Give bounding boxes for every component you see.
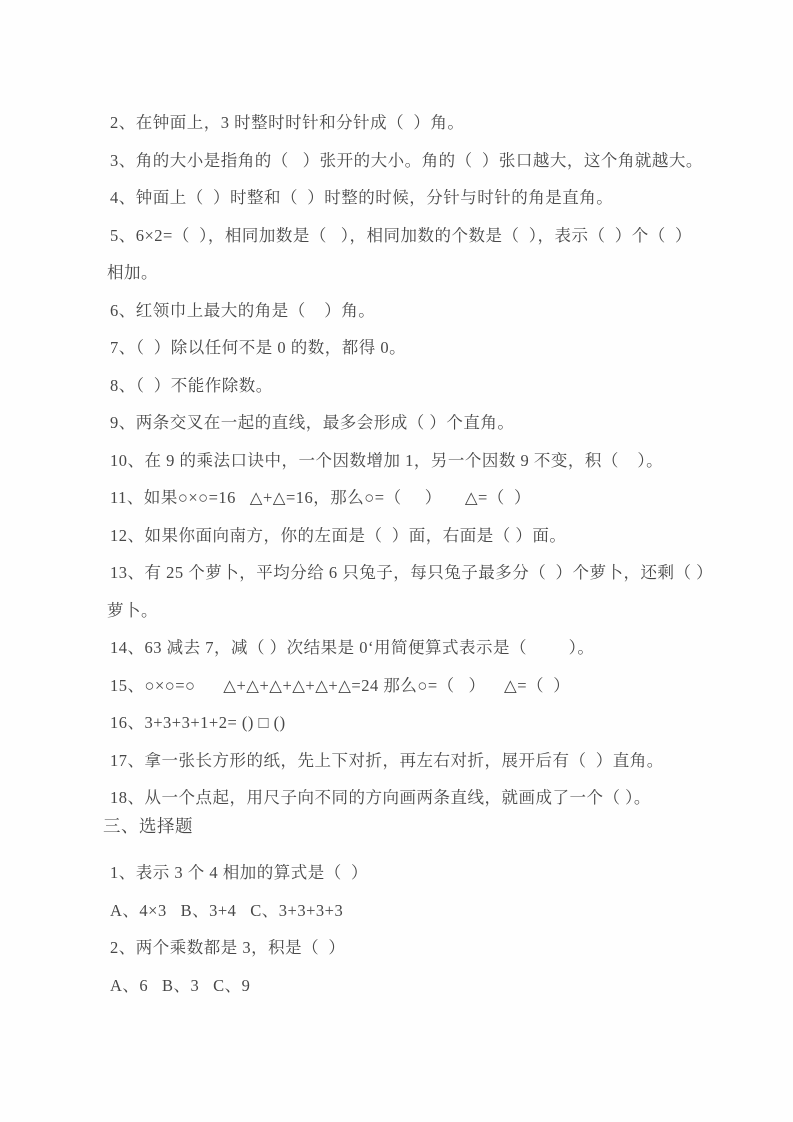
choice-question-1-options: A、4×3 B、3+4 C、3+3+3+3 bbox=[0, 892, 793, 930]
fill-question-4: 4、钟面上（ ）时整和（ ）时整的时候，分针与时针的角是直角。 bbox=[0, 179, 793, 217]
fill-question-5: 5、6×2=（ ），相同加数是（ ），相同加数的个数是（ ），表示（ ）个（ ） bbox=[0, 217, 793, 255]
fill-question-2: 2、在钟面上，3 时整时时针和分针成（ ）角。 bbox=[0, 104, 793, 142]
worksheet-content: 2、在钟面上，3 时整时时针和分针成（ ）角。 3、角的大小是指角的（ ）张开的… bbox=[0, 104, 793, 1004]
fill-question-13: 13、有 25 个萝卜，平均分给 6 只兔子，每只兔子最多分（ ）个萝卜，还剩（… bbox=[0, 554, 793, 592]
fill-question-17: 17、拿一张长方形的纸，先上下对折，再左右对折，展开后有（ ）直角。 bbox=[0, 742, 793, 780]
choice-question-2-options: A、6 B、3 C、9 bbox=[0, 967, 793, 1005]
fill-question-5-continuation: 相加。 bbox=[0, 254, 793, 292]
fill-question-12: 12、如果你面向南方，你的左面是（ ）面，右面是（ ）面。 bbox=[0, 517, 793, 555]
fill-question-15: 15、○×○=○ △+△+△+△+△+△=24 那么○=（ ） △=（ ） bbox=[0, 667, 793, 705]
choice-question-2: 2、两个乘数都是 3，积是（ ） bbox=[0, 929, 793, 967]
fill-question-8: 8、（ ）不能作除数。 bbox=[0, 367, 793, 405]
fill-question-11: 11、如果○×○=16 △+△=16，那么○=（ ） △=（ ） bbox=[0, 479, 793, 517]
fill-question-16: 16、3+3+3+1+2= () □ () bbox=[0, 704, 793, 742]
fill-question-14: 14、63 减去 7，减（ ）次结果是 0‘用简便算式表示是（ ）。 bbox=[0, 629, 793, 667]
fill-question-7: 7、（ ）除以任何不是 0 的数，都得 0。 bbox=[0, 329, 793, 367]
choice-question-1: 1、表示 3 个 4 相加的算式是（ ） bbox=[0, 854, 793, 892]
fill-question-6: 6、红领巾上最大的角是（ ）角。 bbox=[0, 292, 793, 330]
fill-question-9: 9、两条交叉在一起的直线，最多会形成（ ）个直角。 bbox=[0, 404, 793, 442]
fill-question-3: 3、角的大小是指角的（ ）张开的大小。角的（ ）张口越大，这个角就越大。 bbox=[0, 142, 793, 180]
worksheet-page: 2、在钟面上，3 时整时时针和分针成（ ）角。 3、角的大小是指角的（ ）张开的… bbox=[0, 0, 793, 1122]
fill-question-13-continuation: 萝卜。 bbox=[0, 592, 793, 630]
fill-question-10: 10、在 9 的乘法口诀中，一个因数增加 1，另一个因数 9 不变，积（ ）。 bbox=[0, 442, 793, 480]
